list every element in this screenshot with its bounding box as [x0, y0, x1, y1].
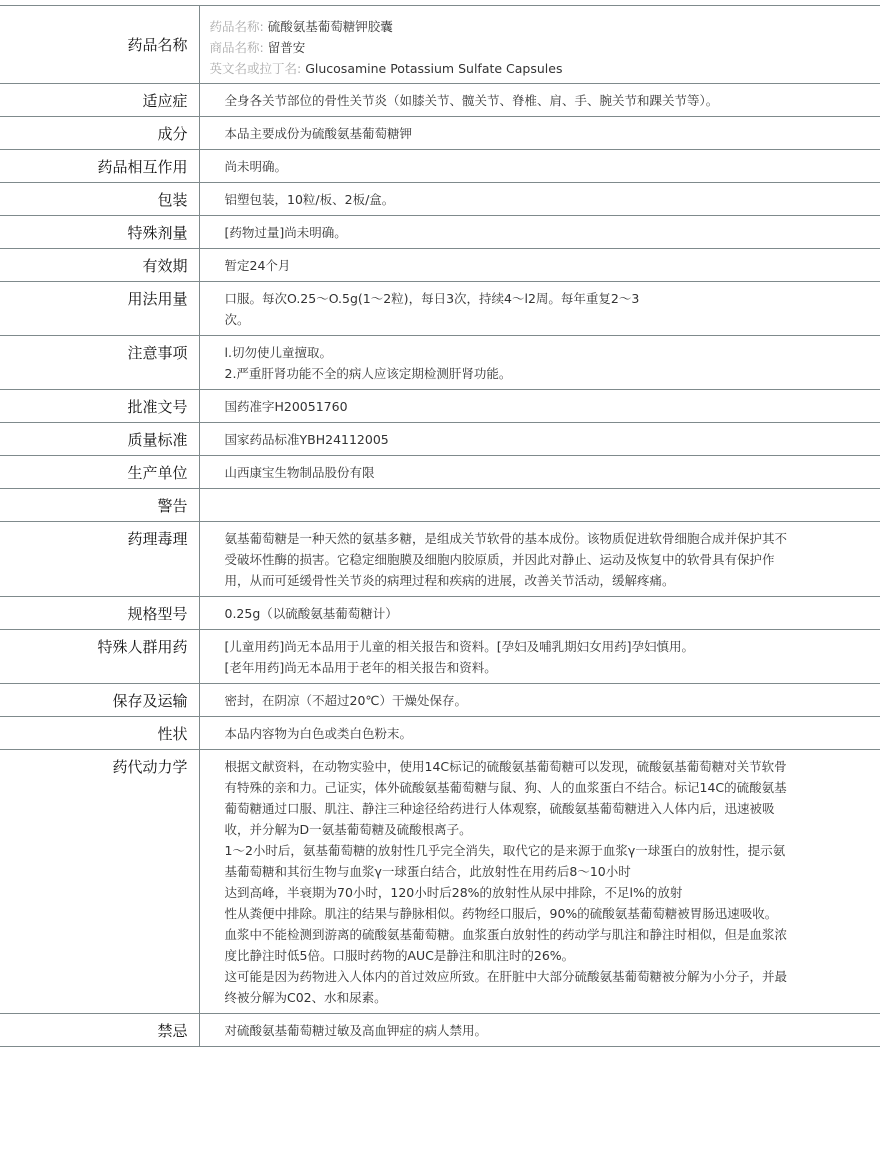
row-label: 规格型号	[0, 597, 199, 630]
row-label: 药理毒理	[0, 522, 199, 597]
english-name-value: Glucosamine Potassium Sulfate Capsules	[305, 61, 562, 76]
row-label: 特殊人群用药	[0, 630, 199, 684]
row-ingredients: 成分 本品主要成份为硫酸氨基葡萄糖钾	[0, 117, 880, 150]
row-value: 国药准字H20051760	[199, 390, 880, 423]
row-interactions: 药品相互作用 尚未明确。	[0, 150, 880, 183]
row-manufacturer: 生产单位 山西康宝生物制品股份有限	[0, 456, 880, 489]
row-specification: 规格型号 0.25g（以硫酸氨基葡萄糖计）	[0, 597, 880, 630]
row-indications: 适应症 全身各关节部位的骨性关节炎（如膝关节、髋关节、脊椎、肩、手、腕关节和踝关…	[0, 84, 880, 117]
row-value: 密封，在阴凉（不超过20℃）干燥处保存。	[199, 684, 880, 717]
row-value: 暂定24个月	[199, 249, 880, 282]
row-shelf-life: 有效期 暂定24个月	[0, 249, 880, 282]
row-pharmacokinetics: 药代动力学 根据文献资料，在动物实验中，使用14C标记的硫酸氨基葡萄糖可以发现，…	[0, 750, 880, 1014]
row-quality-standard: 质量标准 国家药品标准YBH24112005	[0, 423, 880, 456]
row-value: 药品名称: 硫酸氨基葡萄糖钾胶囊 商品名称: 留普安 英文名或拉丁名: Gluc…	[199, 6, 880, 84]
row-value: 全身各关节部位的骨性关节炎（如膝关节、髋关节、脊椎、肩、手、腕关节和踝关节等）。	[199, 84, 880, 117]
row-value: 根据文献资料，在动物实验中，使用14C标记的硫酸氨基葡萄糖可以发现，硫酸氨基葡萄…	[199, 750, 880, 1014]
row-packaging: 包装 铝塑包装，10粒/板、2板/盒。	[0, 183, 880, 216]
row-approval-number: 批准文号 国药准字H20051760	[0, 390, 880, 423]
drug-spec-sheet: 药品名称 药品名称: 硫酸氨基葡萄糖钾胶囊 商品名称: 留普安 英文名或拉丁名:…	[0, 5, 880, 1047]
row-label: 有效期	[0, 249, 199, 282]
generic-name-line: 药品名称: 硫酸氨基葡萄糖钾胶囊	[210, 16, 880, 37]
row-label: 禁忌	[0, 1014, 199, 1047]
row-value: 山西康宝生物制品股份有限	[199, 456, 880, 489]
row-label: 警告	[0, 489, 199, 522]
row-value: 氨基葡萄糖是一种天然的氨基多糖，是组成关节软骨的基本成份。该物质促进软骨细胞合成…	[199, 522, 880, 597]
row-label: 特殊剂量	[0, 216, 199, 249]
trade-name-line: 商品名称: 留普安	[210, 37, 880, 58]
row-value: 国家药品标准YBH24112005	[199, 423, 880, 456]
row-value	[199, 489, 880, 522]
row-drug-name: 药品名称 药品名称: 硫酸氨基葡萄糖钾胶囊 商品名称: 留普安 英文名或拉丁名:…	[0, 6, 880, 84]
row-value: 对硫酸氨基葡萄糖过敏及高血钾症的病人禁用。	[199, 1014, 880, 1047]
row-label: 生产单位	[0, 456, 199, 489]
row-label: 药品相互作用	[0, 150, 199, 183]
row-label: 药代动力学	[0, 750, 199, 1014]
drug-spec-table: 药品名称 药品名称: 硫酸氨基葡萄糖钾胶囊 商品名称: 留普安 英文名或拉丁名:…	[0, 5, 880, 1047]
row-value: 0.25g（以硫酸氨基葡萄糖计）	[199, 597, 880, 630]
row-value: 本品内容物为白色或类白色粉末。	[199, 717, 880, 750]
english-name-line: 英文名或拉丁名: Glucosamine Potassium Sulfate C…	[210, 58, 880, 79]
english-name-key: 英文名或拉丁名:	[210, 61, 302, 76]
row-precautions: 注意事项 l.切勿使儿童擅取。 2.严重肝肾功能不全的病人应该定期检测肝肾功能。	[0, 336, 880, 390]
row-label: 包装	[0, 183, 199, 216]
row-label: 批准文号	[0, 390, 199, 423]
row-label: 用法用量	[0, 282, 199, 336]
row-value: 铝塑包装，10粒/板、2板/盒。	[199, 183, 880, 216]
row-label: 适应症	[0, 84, 199, 117]
row-special-dosage: 特殊剂量 [药物过量]尚未明确。	[0, 216, 880, 249]
row-value: 口服。每次O.25～O.5g(1～2粒)，每日3次，持续4～l2周。每年重复2～…	[199, 282, 880, 336]
row-label: 成分	[0, 117, 199, 150]
row-warning: 警告	[0, 489, 880, 522]
row-value: [药物过量]尚未明确。	[199, 216, 880, 249]
row-value: l.切勿使儿童擅取。 2.严重肝肾功能不全的病人应该定期检测肝肾功能。	[199, 336, 880, 390]
row-value: 尚未明确。	[199, 150, 880, 183]
row-contraindications: 禁忌 对硫酸氨基葡萄糖过敏及高血钾症的病人禁用。	[0, 1014, 880, 1047]
row-storage: 保存及运输 密封，在阴凉（不超过20℃）干燥处保存。	[0, 684, 880, 717]
row-value: [儿童用药]尚无本品用于儿童的相关报告和资料。[孕妇及哺乳期妇女用药]孕妇慎用。…	[199, 630, 880, 684]
row-label: 保存及运输	[0, 684, 199, 717]
trade-name-value: 留普安	[268, 40, 306, 55]
row-label: 药品名称	[0, 6, 199, 84]
row-special-populations: 特殊人群用药 [儿童用药]尚无本品用于儿童的相关报告和资料。[孕妇及哺乳期妇女用…	[0, 630, 880, 684]
row-pharmacology: 药理毒理 氨基葡萄糖是一种天然的氨基多糖，是组成关节软骨的基本成份。该物质促进软…	[0, 522, 880, 597]
row-value: 本品主要成份为硫酸氨基葡萄糖钾	[199, 117, 880, 150]
row-appearance: 性状 本品内容物为白色或类白色粉末。	[0, 717, 880, 750]
trade-name-key: 商品名称:	[210, 40, 264, 55]
row-label: 注意事项	[0, 336, 199, 390]
generic-name-value: 硫酸氨基葡萄糖钾胶囊	[268, 19, 393, 34]
generic-name-key: 药品名称:	[210, 19, 264, 34]
row-dosage: 用法用量 口服。每次O.25～O.5g(1～2粒)，每日3次，持续4～l2周。每…	[0, 282, 880, 336]
row-label: 质量标准	[0, 423, 199, 456]
row-label: 性状	[0, 717, 199, 750]
